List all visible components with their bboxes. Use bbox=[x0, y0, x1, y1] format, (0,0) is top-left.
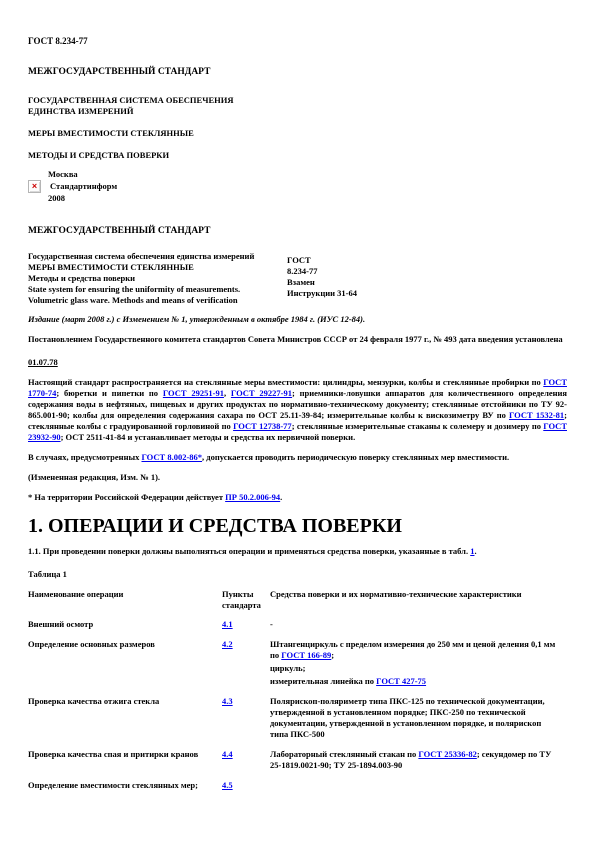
means-paragraph: - bbox=[270, 619, 561, 630]
title-ru-title: МЕРЫ ВМЕСТИМОСТИ СТЕКЛЯННЫЕ bbox=[28, 262, 286, 273]
replaces-value: Инструкции 31-64 bbox=[287, 288, 357, 299]
document-page: ГОСТ 8.234-77 МЕЖГОСУДАРСТВЕННЫЙ СТАНДАР… bbox=[0, 0, 595, 818]
code-number: 8.234-77 bbox=[287, 266, 357, 277]
means-paragraph: циркуль; bbox=[270, 663, 561, 674]
doc-reference-link[interactable]: ГОСТ 12738-77 bbox=[233, 421, 292, 431]
operation-cell: Определение основных размеров bbox=[28, 639, 222, 696]
clause-cell: 4.2 bbox=[222, 639, 270, 696]
operation-cell: Определение вместимости стеклянных мер; bbox=[28, 780, 222, 798]
imprint-year: 2008 bbox=[28, 193, 567, 204]
text-segment: ; бюретки и пипетки по bbox=[56, 388, 163, 398]
doc-reference-link[interactable]: ГОСТ 8.002-86* bbox=[141, 452, 202, 462]
clause-cell: 4.3 bbox=[222, 696, 270, 749]
doc-reference-link[interactable]: ГОСТ 25336-82 bbox=[418, 749, 476, 759]
table-row: Определение вместимости стеклянных мер; … bbox=[28, 780, 567, 798]
scope-paragraph: Настоящий стандарт распространяется на с… bbox=[28, 377, 567, 443]
verification-operations-table: Наименование операции Пункты стандарта С… bbox=[28, 589, 567, 798]
state-system-heading-line2: ЕДИНСТВА ИЗМЕРЕНИЙ bbox=[28, 106, 567, 117]
doc-code-top: ГОСТ 8.234-77 bbox=[28, 36, 567, 47]
text-segment: Настоящий стандарт распространяется на с… bbox=[28, 377, 543, 387]
clause-cell: 4.4 bbox=[222, 749, 270, 780]
edition-note: Издание (март 2008 г.) с Изменением № 1,… bbox=[28, 314, 567, 325]
broken-image-icon: × bbox=[28, 180, 41, 193]
title-en-line2: Volumetric glass ware. Methods and means… bbox=[28, 295, 286, 306]
means-cell: - bbox=[270, 619, 567, 639]
imprint-publisher: Стандартинформ bbox=[50, 181, 117, 192]
table-caption: Таблица 1 bbox=[28, 569, 567, 580]
text-segment: Лабораторный стеклянный стакан по bbox=[270, 749, 418, 759]
text-segment: , bbox=[224, 388, 231, 398]
table-row: Определение основных размеров 4.2 Штанге… bbox=[28, 639, 567, 696]
clause-link[interactable]: 4.3 bbox=[222, 696, 233, 706]
clause-link[interactable]: 4.5 bbox=[222, 780, 233, 790]
column-header-means: Средства поверки и их нормативно-техниче… bbox=[270, 589, 567, 619]
periodic-verification-paragraph: В случаях, предусмотренных ГОСТ 8.002-86… bbox=[28, 452, 567, 463]
title-en-line1: State system for ensuring the uniformity… bbox=[28, 284, 286, 295]
text-segment: В случаях, предусмотренных bbox=[28, 452, 141, 462]
means-cell: Штангенциркуль с пределом измерения до 2… bbox=[270, 639, 567, 696]
state-system-heading: ГОСУДАРСТВЕННАЯ СИСТЕМА ОБЕСПЕЧЕНИЯ ЕДИН… bbox=[28, 95, 567, 117]
imprint-block: Москва × Стандартинформ 2008 bbox=[28, 169, 567, 204]
text-segment: 1.1. При проведении поверки должны выпол… bbox=[28, 546, 470, 556]
means-cell: Полярископ-поляриметр типа ПКС-125 по те… bbox=[270, 696, 567, 749]
table-header-row: Наименование операции Пункты стандарта С… bbox=[28, 589, 567, 619]
text-segment: * На территории Российской Федерации дей… bbox=[28, 492, 225, 502]
operation-cell: Проверка качества спая и притирки кранов bbox=[28, 749, 222, 780]
text-segment: , допускается проводить периодическую по… bbox=[202, 452, 509, 462]
title-block-right: ГОСТ 8.234-77 Взамен Инструкции 31-64 bbox=[287, 251, 357, 306]
means-cell bbox=[270, 780, 567, 798]
effective-date: 01.07.78 bbox=[28, 357, 567, 368]
title-block-left: Государственная система обеспечения един… bbox=[28, 251, 286, 306]
text-segment: циркуль; bbox=[270, 663, 305, 673]
footnote: * На территории Российской Федерации дей… bbox=[28, 492, 567, 503]
means-paragraph: измерительная линейка по ГОСТ 427-75 bbox=[270, 676, 561, 687]
clause-cell: 4.5 bbox=[222, 780, 270, 798]
doc-reference-link[interactable]: ПР 50.2.006-94 bbox=[225, 492, 280, 502]
imprint-publisher-row: × Стандартинформ bbox=[28, 180, 567, 193]
state-system-heading-line1: ГОСУДАРСТВЕННАЯ СИСТЕМА ОБЕСПЕЧЕНИЯ bbox=[28, 95, 567, 106]
column-header-operation: Наименование операции bbox=[28, 589, 222, 619]
doc-reference-link[interactable]: ГОСТ 29251-91 bbox=[163, 388, 224, 398]
title-block: Государственная система обеспечения един… bbox=[28, 251, 567, 306]
means-cell: Лабораторный стеклянный стакан по ГОСТ 2… bbox=[270, 749, 567, 780]
clause-link[interactable]: 4.1 bbox=[222, 619, 233, 629]
operation-cell: Внешний осмотр bbox=[28, 619, 222, 639]
clause-1-1: 1.1. При проведении поверки должны выпол… bbox=[28, 546, 567, 557]
doc-reference-link[interactable]: ГОСТ 1532-81 bbox=[509, 410, 564, 420]
amendment-note: (Измененная редакция, Изм. № 1). bbox=[28, 472, 567, 483]
text-segment: . bbox=[474, 546, 476, 556]
replaces-label: Взамен bbox=[287, 277, 357, 288]
text-segment: ; ОСТ 2511-41-84 и устанавливает методы … bbox=[61, 432, 356, 442]
text-segment: . bbox=[280, 492, 282, 502]
section-1-heading: 1. ОПЕРАЦИИ И СРЕДСТВА ПОВЕРКИ bbox=[28, 515, 567, 537]
text-segment: ; стеклянные измерительные стаканы к сол… bbox=[292, 421, 544, 431]
text-segment: ; bbox=[331, 650, 334, 660]
means-paragraph: Полярископ-поляриметр типа ПКС-125 по те… bbox=[270, 696, 561, 740]
text-segment: измерительная линейка по bbox=[270, 676, 376, 686]
clause-link[interactable]: 4.2 bbox=[222, 639, 233, 649]
doc-reference-link[interactable]: ГОСТ 166-89 bbox=[281, 650, 331, 660]
title-ru-system: Государственная система обеспечения един… bbox=[28, 251, 286, 262]
clause-link[interactable]: 4.4 bbox=[222, 749, 233, 759]
clause-cell: 4.1 bbox=[222, 619, 270, 639]
table-row: Проверка качества спая и притирки кранов… bbox=[28, 749, 567, 780]
interstate-standard-heading-2: МЕЖГОСУДАРСТВЕННЫЙ СТАНДАРТ bbox=[28, 226, 567, 237]
code-label: ГОСТ bbox=[287, 255, 357, 266]
interstate-standard-heading: МЕЖГОСУДАРСТВЕННЫЙ СТАНДАРТ bbox=[28, 67, 567, 78]
table-row: Проверка качества отжига стекла 4.3 Поля… bbox=[28, 696, 567, 749]
text-segment: - bbox=[270, 619, 273, 629]
doc-title-caps: МЕРЫ ВМЕСТИМОСТИ СТЕКЛЯННЫЕ bbox=[28, 128, 567, 139]
doc-reference-link[interactable]: ГОСТ 427-75 bbox=[376, 676, 426, 686]
decree-paragraph: Постановлением Государственного комитета… bbox=[28, 334, 567, 345]
title-ru-subtitle: Методы и средства поверки bbox=[28, 273, 286, 284]
doc-reference-link[interactable]: ГОСТ 29227-91 bbox=[231, 388, 292, 398]
imprint-city: Москва bbox=[28, 169, 567, 180]
operation-cell: Проверка качества отжига стекла bbox=[28, 696, 222, 749]
broken-image-x-glyph: × bbox=[32, 182, 37, 191]
column-header-clause: Пункты стандарта bbox=[222, 589, 270, 619]
means-paragraph: Лабораторный стеклянный стакан по ГОСТ 2… bbox=[270, 749, 561, 771]
text-segment: Полярископ-поляриметр типа ПКС-125 по те… bbox=[270, 696, 545, 739]
table-row: Внешний осмотр 4.1 - bbox=[28, 619, 567, 639]
doc-subtitle-caps: МЕТОДЫ И СРЕДСТВА ПОВЕРКИ bbox=[28, 150, 567, 161]
means-paragraph: Штангенциркуль с пределом измерения до 2… bbox=[270, 639, 561, 661]
